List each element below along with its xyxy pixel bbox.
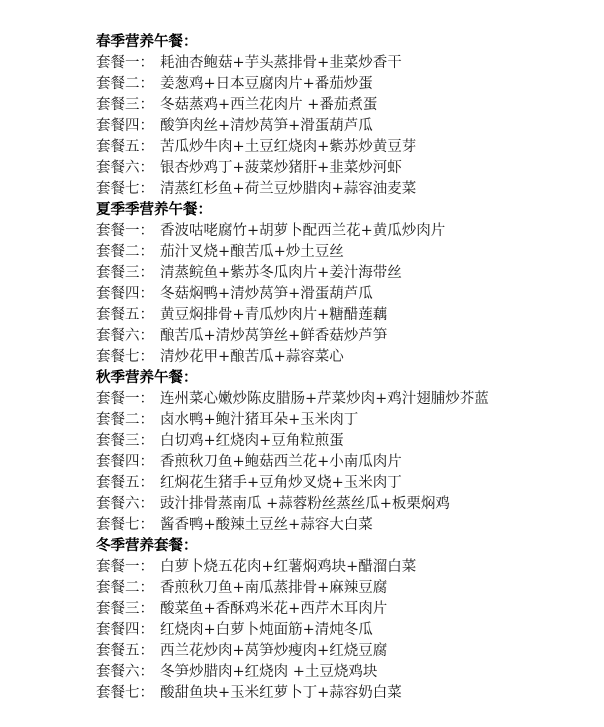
- menu-label: 套餐六：: [96, 158, 160, 179]
- menu-text: 冬菇蒸鸡+西兰花肉片 +番茄煮蛋: [160, 97, 377, 113]
- menu-item: 套餐一：连州菜心嫩炒陈皮腊肠+芹菜炒肉+鸡汁翅脯炒芥蓝: [96, 389, 489, 410]
- menu-text: 清蒸红杉鱼+荷兰豆炒腊肉+蒜容油麦菜: [160, 181, 416, 197]
- section-title: 冬季营养套餐：: [96, 536, 489, 557]
- menu-item: 套餐一：白萝卜烧五花肉+红薯焖鸡块+醋溜白菜: [96, 557, 489, 578]
- menu-text: 红烧肉+白萝卜炖面筋+清炖冬瓜: [160, 622, 373, 638]
- menu-text: 清炒花甲+酿苦瓜+蒜容菜心: [160, 349, 344, 365]
- menu-label: 套餐六：: [96, 326, 160, 347]
- menu-item: 套餐一：耗油杏鲍菇+芋头蒸排骨+韭菜炒香干: [96, 53, 489, 74]
- menu-text: 豉汁排骨蒸南瓜 +蒜蓉粉丝蒸丝瓜+板栗焖鸡: [160, 496, 450, 512]
- menu-label: 套餐七：: [96, 347, 160, 368]
- menu-text: 西兰花炒肉+莴笋炒瘦肉+红烧豆腐: [160, 643, 387, 659]
- menu-item: 套餐三：酸菜鱼+香酥鸡米花+西芹木耳肉片: [96, 599, 489, 620]
- menu-item: 套餐五：苦瓜炒牛肉+土豆红烧肉+紫苏炒黄豆芽: [96, 137, 489, 158]
- menu-label: 套餐四：: [96, 620, 160, 641]
- menu-document: 春季营养午餐： 套餐一：耗油杏鲍菇+芋头蒸排骨+韭菜炒香干 套餐二：姜葱鸡+日本…: [96, 32, 489, 704]
- menu-text: 香煎秋刀鱼+南瓜蒸排骨+麻辣豆腐: [160, 580, 387, 596]
- menu-label: 套餐二：: [96, 578, 160, 599]
- menu-item: 套餐七：清蒸红杉鱼+荷兰豆炒腊肉+蒜容油麦菜: [96, 179, 489, 200]
- section-title: 夏季季营养午餐：: [96, 200, 489, 221]
- menu-label: 套餐二：: [96, 410, 160, 431]
- menu-text: 耗油杏鲍菇+芋头蒸排骨+韭菜炒香干: [160, 55, 402, 71]
- menu-label: 套餐七：: [96, 179, 160, 200]
- menu-label: 套餐三：: [96, 599, 160, 620]
- section-title: 春季营养午餐：: [96, 32, 489, 53]
- menu-label: 套餐一：: [96, 53, 160, 74]
- menu-label: 套餐四：: [96, 284, 160, 305]
- section-title: 秋季营养午餐：: [96, 368, 489, 389]
- menu-text: 茄汁叉烧+酿苦瓜+炒土豆丝: [160, 244, 344, 260]
- menu-label: 套餐七：: [96, 683, 160, 704]
- menu-item: 套餐五：红焖花生猪手+豆角炒叉烧+玉米肉丁: [96, 473, 489, 494]
- menu-item: 套餐一：香波咕咾腐竹+胡萝卜配西兰花+黄瓜炒肉片: [96, 221, 489, 242]
- menu-label: 套餐二：: [96, 242, 160, 263]
- menu-item: 套餐六：冬笋炒腊肉+红烧肉 +土豆烧鸡块: [96, 662, 489, 683]
- menu-text: 酸笋肉丝+清炒莴笋+滑蛋葫芦瓜: [160, 118, 373, 134]
- menu-label: 套餐二：: [96, 74, 160, 95]
- menu-text: 冬笋炒腊肉+红烧肉 +土豆烧鸡块: [160, 664, 377, 680]
- menu-label: 套餐五：: [96, 641, 160, 662]
- menu-label: 套餐三：: [96, 431, 160, 452]
- menu-text: 酸菜鱼+香酥鸡米花+西芹木耳肉片: [160, 601, 387, 617]
- menu-text: 清蒸鲩鱼+紫苏冬瓜肉片+姜汁海带丝: [160, 265, 402, 281]
- menu-label: 套餐三：: [96, 95, 160, 116]
- menu-text: 红焖花生猪手+豆角炒叉烧+玉米肉丁: [160, 475, 402, 491]
- menu-item: 套餐四：香煎秋刀鱼+鲍菇西兰花+小南瓜肉片: [96, 452, 489, 473]
- menu-label: 套餐一：: [96, 221, 160, 242]
- menu-label: 套餐五：: [96, 305, 160, 326]
- menu-item: 套餐七：酱香鸭+酸辣土豆丝+蒜容大白菜: [96, 515, 489, 536]
- menu-item: 套餐五：黄豆焖排骨+青瓜炒肉片+糖醋莲藕: [96, 305, 489, 326]
- menu-label: 套餐一：: [96, 557, 160, 578]
- menu-label: 套餐四：: [96, 116, 160, 137]
- menu-item: 套餐四：红烧肉+白萝卜炖面筋+清炖冬瓜: [96, 620, 489, 641]
- menu-item: 套餐六：银杏炒鸡丁+菠菜炒猪肝+韭菜炒河虾: [96, 158, 489, 179]
- menu-item: 套餐三：冬菇蒸鸡+西兰花肉片 +番茄煮蛋: [96, 95, 489, 116]
- menu-item: 套餐四：冬菇焖鸭+清炒莴笋+滑蛋葫芦瓜: [96, 284, 489, 305]
- section-summer: 夏季季营养午餐： 套餐一：香波咕咾腐竹+胡萝卜配西兰花+黄瓜炒肉片 套餐二：茄汁…: [96, 200, 489, 368]
- menu-text: 黄豆焖排骨+青瓜炒肉片+糖醋莲藕: [160, 307, 387, 323]
- menu-item: 套餐七：酸甜鱼块+玉米红萝卜丁+蒜容奶白菜: [96, 683, 489, 704]
- menu-label: 套餐五：: [96, 473, 160, 494]
- menu-item: 套餐三：白切鸡+红烧肉+豆角粒煎蛋: [96, 431, 489, 452]
- menu-label: 套餐六：: [96, 494, 160, 515]
- menu-item: 套餐六：豉汁排骨蒸南瓜 +蒜蓉粉丝蒸丝瓜+板栗焖鸡: [96, 494, 489, 515]
- menu-item: 套餐六：酿苦瓜+清炒莴笋丝+鲜香菇炒芦笋: [96, 326, 489, 347]
- menu-item: 套餐七：清炒花甲+酿苦瓜+蒜容菜心: [96, 347, 489, 368]
- menu-label: 套餐六：: [96, 662, 160, 683]
- menu-text: 白萝卜烧五花肉+红薯焖鸡块+醋溜白菜: [160, 559, 416, 575]
- menu-text: 酿苦瓜+清炒莴笋丝+鲜香菇炒芦笋: [160, 328, 387, 344]
- menu-text: 酱香鸭+酸辣土豆丝+蒜容大白菜: [160, 517, 373, 533]
- menu-label: 套餐三：: [96, 263, 160, 284]
- menu-text: 卤水鸭+鲍汁猪耳朵+玉米肉丁: [160, 412, 358, 428]
- menu-item: 套餐二：茄汁叉烧+酿苦瓜+炒土豆丝: [96, 242, 489, 263]
- menu-text: 苦瓜炒牛肉+土豆红烧肉+紫苏炒黄豆芽: [160, 139, 416, 155]
- menu-text: 酸甜鱼块+玉米红萝卜丁+蒜容奶白菜: [160, 685, 402, 701]
- menu-text: 冬菇焖鸭+清炒莴笋+滑蛋葫芦瓜: [160, 286, 373, 302]
- menu-text: 香煎秋刀鱼+鲍菇西兰花+小南瓜肉片: [160, 454, 402, 470]
- menu-text: 连州菜心嫩炒陈皮腊肠+芹菜炒肉+鸡汁翅脯炒芥蓝: [160, 391, 489, 407]
- menu-item: 套餐四：酸笋肉丝+清炒莴笋+滑蛋葫芦瓜: [96, 116, 489, 137]
- menu-item: 套餐二：姜葱鸡+日本豆腐肉片+番茄炒蛋: [96, 74, 489, 95]
- menu-label: 套餐一：: [96, 389, 160, 410]
- menu-text: 白切鸡+红烧肉+豆角粒煎蛋: [160, 433, 344, 449]
- menu-item: 套餐二：香煎秋刀鱼+南瓜蒸排骨+麻辣豆腐: [96, 578, 489, 599]
- menu-text: 香波咕咾腐竹+胡萝卜配西兰花+黄瓜炒肉片: [160, 223, 445, 239]
- menu-label: 套餐五：: [96, 137, 160, 158]
- menu-item: 套餐三：清蒸鲩鱼+紫苏冬瓜肉片+姜汁海带丝: [96, 263, 489, 284]
- menu-item: 套餐二：卤水鸭+鲍汁猪耳朵+玉米肉丁: [96, 410, 489, 431]
- menu-text: 姜葱鸡+日本豆腐肉片+番茄炒蛋: [160, 76, 373, 92]
- section-winter: 冬季营养套餐： 套餐一：白萝卜烧五花肉+红薯焖鸡块+醋溜白菜 套餐二：香煎秋刀鱼…: [96, 536, 489, 704]
- section-autumn: 秋季营养午餐： 套餐一：连州菜心嫩炒陈皮腊肠+芹菜炒肉+鸡汁翅脯炒芥蓝 套餐二：…: [96, 368, 489, 536]
- section-spring: 春季营养午餐： 套餐一：耗油杏鲍菇+芋头蒸排骨+韭菜炒香干 套餐二：姜葱鸡+日本…: [96, 32, 489, 200]
- menu-text: 银杏炒鸡丁+菠菜炒猪肝+韭菜炒河虾: [160, 160, 402, 176]
- menu-label: 套餐七：: [96, 515, 160, 536]
- menu-item: 套餐五：西兰花炒肉+莴笋炒瘦肉+红烧豆腐: [96, 641, 489, 662]
- menu-label: 套餐四：: [96, 452, 160, 473]
